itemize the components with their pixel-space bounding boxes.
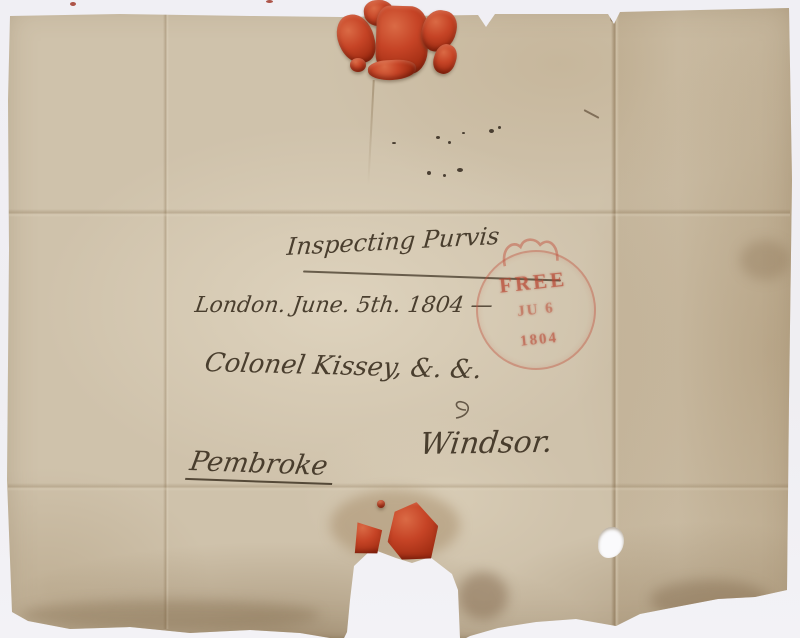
paper-edge-notch — [483, 15, 490, 24]
ink-speck — [448, 141, 451, 144]
ink-speck — [436, 136, 440, 139]
tear-crease-below-seal — [367, 80, 374, 185]
docket-text: Inspecting Purvis — [286, 222, 501, 261]
ink-speck — [392, 142, 396, 144]
stain-bottom-left-edge — [20, 600, 320, 630]
ink-speck — [457, 168, 463, 172]
scan-background: Inspecting Purvis London. June. 5th. 180… — [0, 0, 800, 638]
dateline-text: London. June. 5th. 1804 — — [193, 293, 494, 318]
ink-speck — [443, 174, 446, 177]
destination-text: Windsor. — [418, 425, 555, 462]
red-wax-seal-top — [338, 0, 458, 84]
ink-speck — [498, 126, 501, 129]
addressee-text: Colonel Kissey, &. &. — [202, 348, 484, 385]
ink-flourish — [452, 396, 476, 422]
ink-speck — [489, 129, 494, 133]
free-frank-postmark: FREE JU 6 1804 — [470, 244, 602, 376]
scratch-mark — [584, 109, 600, 119]
wax-speck — [70, 2, 76, 6]
fold-line-vertical-left — [163, 13, 169, 629]
paper-edge-notch — [610, 12, 615, 22]
stain-bottom-smudge — [458, 572, 508, 620]
paper-right-panel-shading — [617, 8, 792, 628]
wax-speck — [266, 0, 273, 3]
wax-fragment — [350, 58, 366, 72]
ink-speck — [462, 132, 465, 134]
red-wax-fragment-bottom — [377, 500, 385, 508]
ink-speck — [427, 171, 431, 175]
frank-signature-text: Pembroke — [185, 446, 338, 485]
wax-fragment — [368, 59, 417, 81]
